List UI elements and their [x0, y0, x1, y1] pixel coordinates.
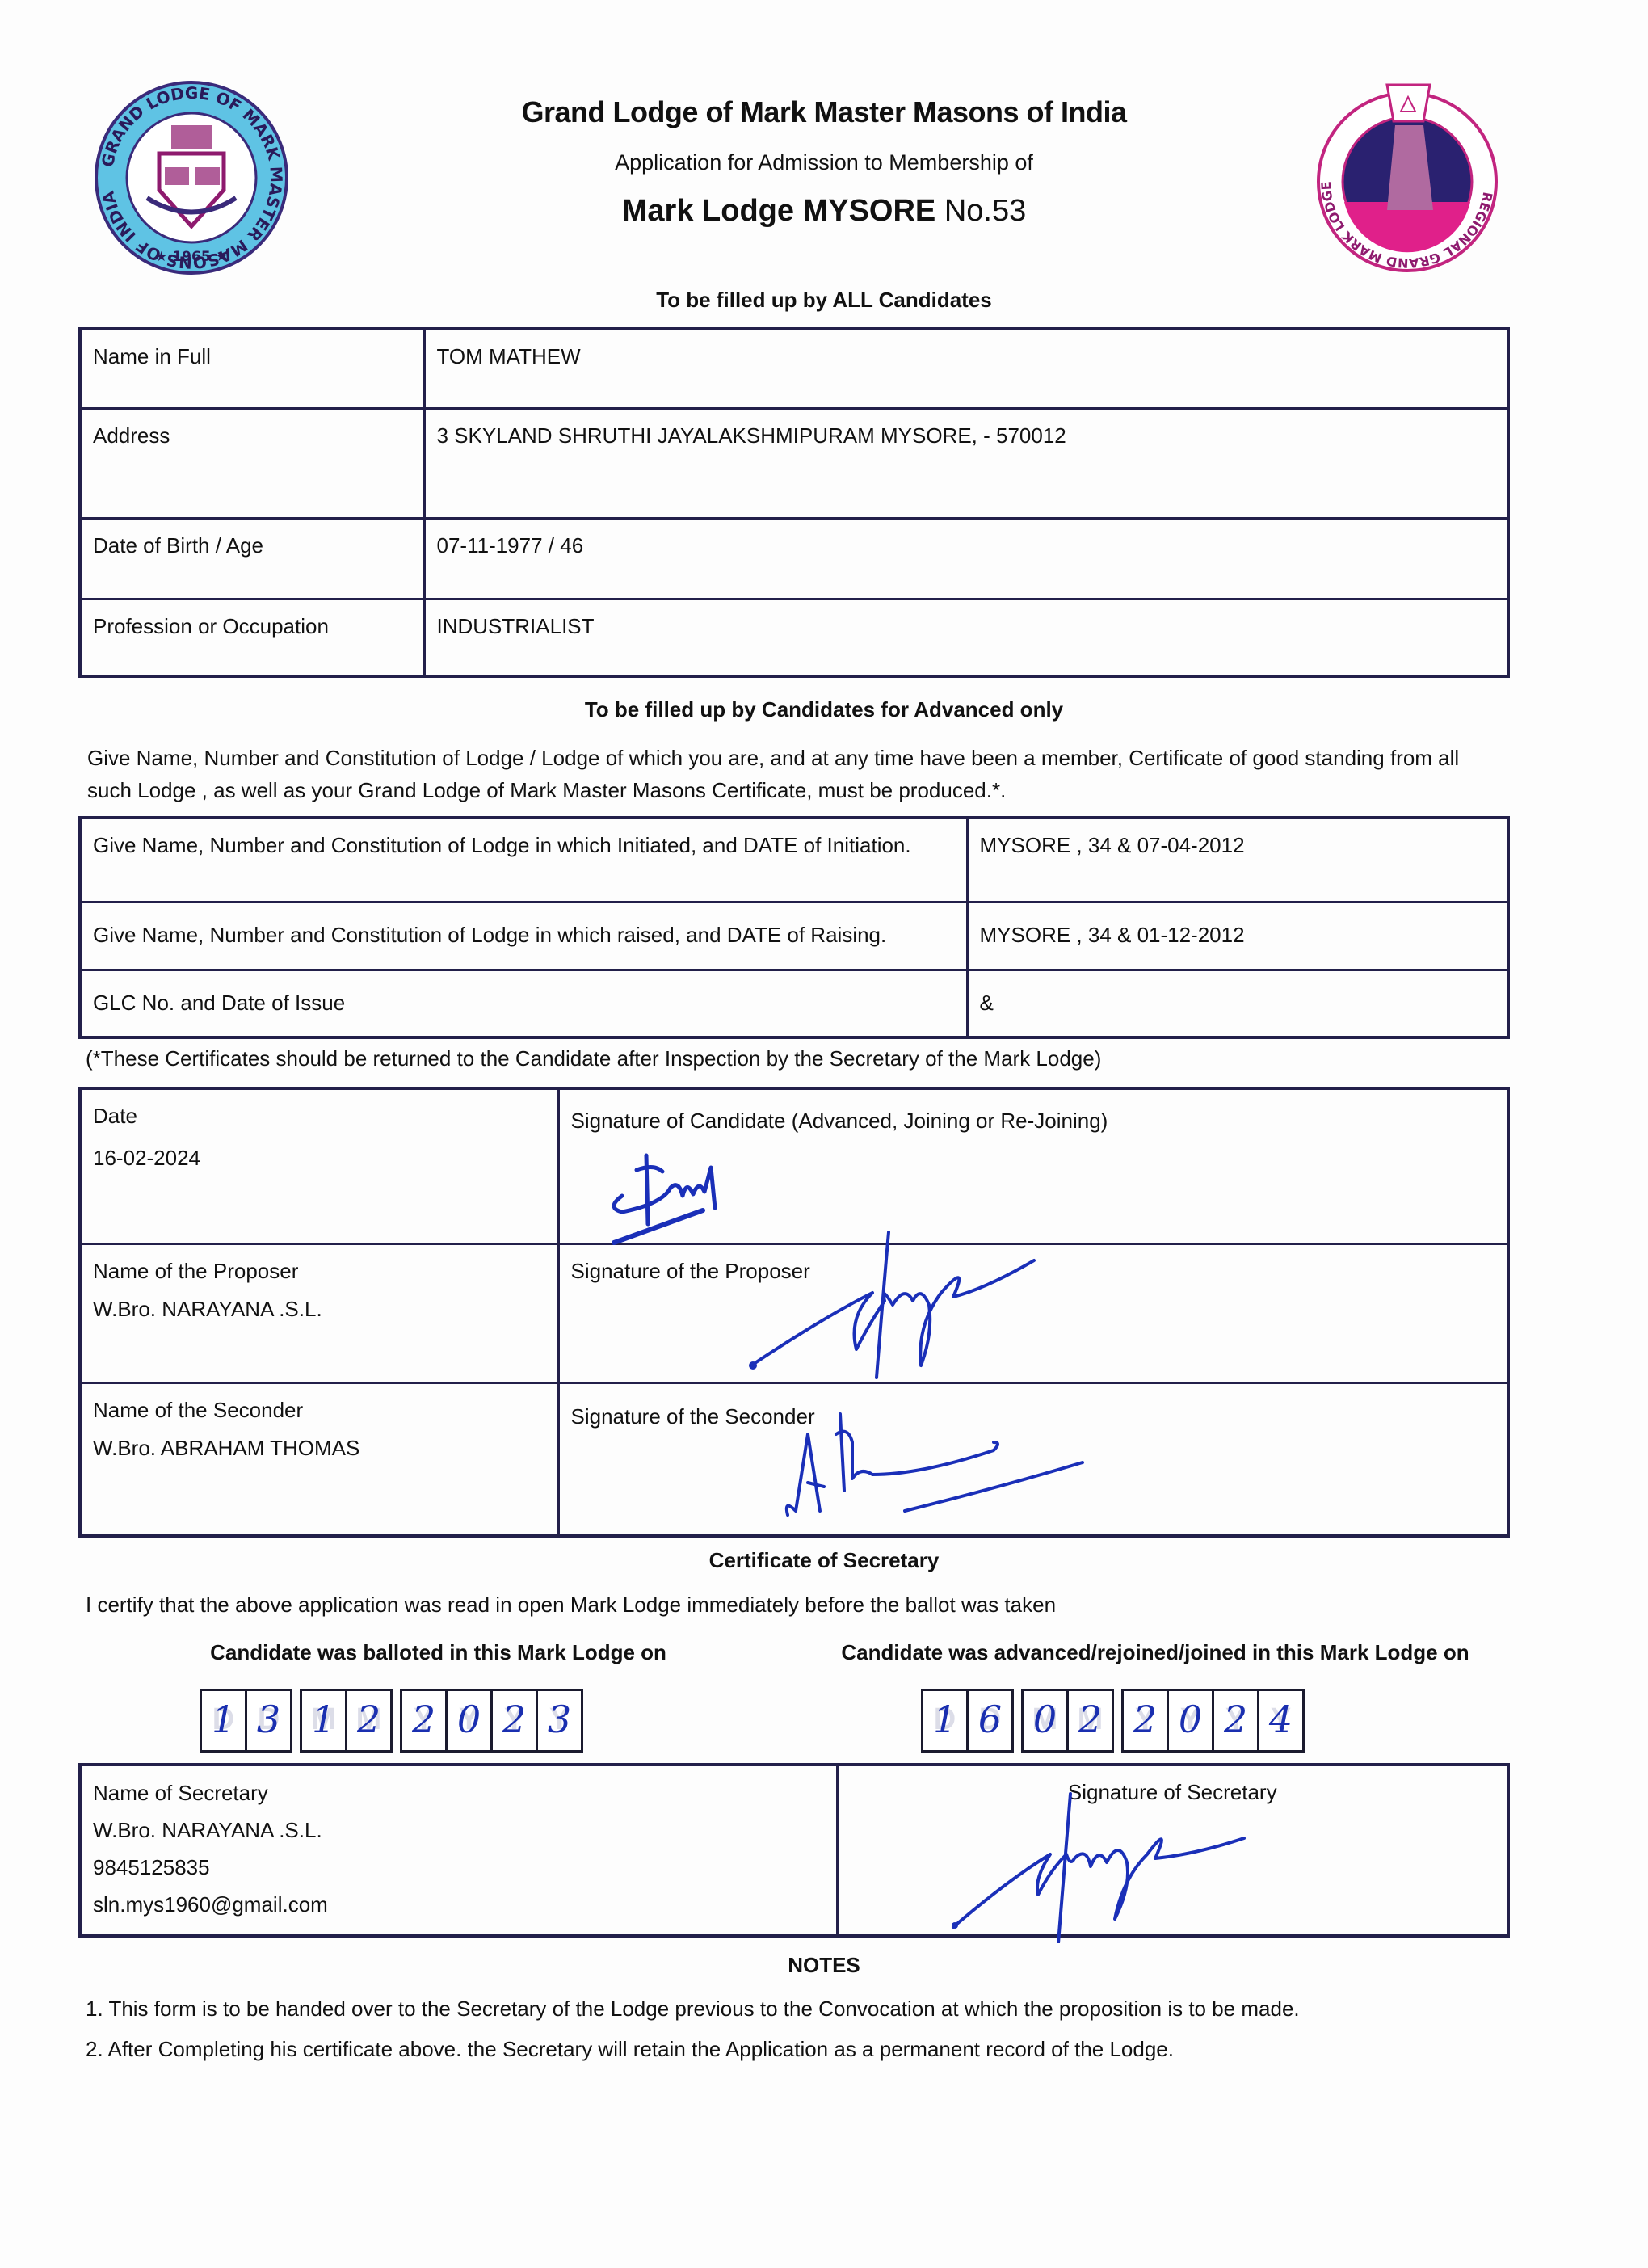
date-digit-box[interactable]: M1 [302, 1691, 347, 1750]
candidate-signature-label: Signature of Candidate (Advanced, Joinin… [571, 1106, 1496, 1137]
date-digit-box[interactable]: Y2 [1124, 1691, 1169, 1750]
date-digit-box[interactable]: Y2 [493, 1691, 538, 1750]
certificates-footnote: (*These Certificates should be returned … [86, 1042, 1101, 1075]
seconder-cell: Name of the Seconder W.Bro. ABRAHAM THOM… [80, 1382, 558, 1536]
date-box-group: M0M2 [1021, 1689, 1114, 1753]
proposer-name[interactable]: W.Bro. NARAYANA .S.L. [93, 1294, 546, 1325]
date-digit: 4 [1259, 1698, 1302, 1741]
section-all-heading: To be filled up by ALL Candidates [0, 288, 1648, 313]
initiation-value[interactable]: MYSORE , 34 & 07-04-2012 [967, 818, 1508, 902]
date-digit-box[interactable]: D1 [923, 1691, 969, 1750]
table-row: Address 3 SKYLAND SHRUTHI JAYALAKSHMIPUR… [80, 408, 1508, 518]
table-row: Profession or Occupation INDUSTRIALIST [80, 599, 1508, 676]
dob-age-value[interactable]: 07-11-1977 / 46 [424, 518, 1508, 599]
secretary-email[interactable]: sln.mys1960@gmail.com [93, 1886, 825, 1923]
candidate-details-table: Name in Full TOM MATHEW Address 3 SKYLAN… [78, 327, 1510, 678]
table-row: Name in Full TOM MATHEW [80, 329, 1508, 408]
secretary-details-cell: Name of Secretary W.Bro. NARAYANA .S.L. … [80, 1765, 837, 1936]
name-value[interactable]: TOM MATHEW [424, 329, 1508, 408]
profession-value[interactable]: INDUSTRIALIST [424, 599, 1508, 676]
seconder-name[interactable]: W.Bro. ABRAHAM THOMAS [93, 1433, 546, 1464]
date-digit: 6 [969, 1698, 1011, 1741]
date-digit: 0 [1024, 1698, 1066, 1741]
date-cell: Date 16-02-2024 [80, 1088, 558, 1243]
date-digit: 3 [247, 1698, 290, 1741]
date-digit: 2 [347, 1698, 390, 1741]
secretary-name-label: Name of Secretary [93, 1774, 825, 1811]
date-digit: 1 [302, 1698, 345, 1741]
certificate-statement: I certify that the above application was… [86, 1588, 1056, 1621]
date-digit: 3 [538, 1698, 581, 1741]
glc-label: GLC No. and Date of Issue [80, 970, 967, 1037]
date-digit: 2 [1124, 1698, 1167, 1741]
date-digit-box[interactable]: Y4 [1259, 1691, 1302, 1750]
date-digit-box[interactable]: D1 [202, 1691, 247, 1750]
date-label: Date [93, 1101, 546, 1132]
date-digit-box[interactable]: Y3 [538, 1691, 581, 1750]
regional-grand-mark-lodge-seal-icon: REGIONAL GRAND MARK LODGE SOUTHERN INDIA [1310, 73, 1504, 275]
initiation-label: Give Name, Number and Constitution of Lo… [80, 818, 967, 902]
date-digit-box[interactable]: M0 [1024, 1691, 1069, 1750]
date-digit-box[interactable]: D3 [247, 1691, 290, 1750]
date-digit-box[interactable]: M2 [347, 1691, 390, 1750]
date-digit: 1 [202, 1698, 245, 1741]
table-row: Give Name, Number and Constitution of Lo… [80, 818, 1508, 902]
raising-value[interactable]: MYSORE , 34 & 01-12-2012 [967, 902, 1508, 970]
date-digit-box[interactable]: Y2 [1214, 1691, 1259, 1750]
note-item-2: 2. After Completing his certificate abov… [86, 2033, 1174, 2065]
table-row: Date 16-02-2024 Signature of Candidate (… [80, 1088, 1508, 1243]
glc-value[interactable]: & [967, 970, 1508, 1037]
date-digit-box[interactable]: Y0 [1169, 1691, 1214, 1750]
secretary-name[interactable]: W.Bro. NARAYANA .S.L. [93, 1811, 825, 1849]
date-digit: 2 [402, 1698, 445, 1741]
date-digit: 2 [1069, 1698, 1112, 1741]
lodge-history-table: Give Name, Number and Constitution of Lo… [78, 816, 1510, 1039]
section-advanced-heading: To be filled up by Candidates for Advanc… [0, 697, 1648, 722]
svg-text:★ 1965 ★: ★ 1965 ★ [155, 249, 228, 265]
date-digit-box[interactable]: D6 [969, 1691, 1011, 1750]
table-row: Give Name, Number and Constitution of Lo… [80, 902, 1508, 970]
date-box-group: D1D3 [200, 1689, 292, 1753]
lodge-number: No.53 [944, 194, 1026, 228]
date-box-group: D1D6 [921, 1689, 1014, 1753]
name-label: Name in Full [80, 329, 424, 408]
date-digit-box[interactable]: M2 [1069, 1691, 1112, 1750]
dob-age-label: Date of Birth / Age [80, 518, 424, 599]
note-item-1: 1. This form is to be handed over to the… [86, 1992, 1300, 2025]
address-label: Address [80, 408, 424, 518]
date-value[interactable]: 16-02-2024 [93, 1143, 546, 1174]
date-digit: 0 [448, 1698, 490, 1741]
date-digit-box[interactable]: Y0 [448, 1691, 493, 1750]
date-box-group: Y2Y0Y2Y3 [400, 1689, 583, 1753]
date-box-group: Y2Y0Y2Y4 [1121, 1689, 1305, 1753]
seconder-label: Name of the Seconder [93, 1395, 546, 1426]
secretary-phone[interactable]: 9845125835 [93, 1849, 825, 1886]
proposer-cell: Name of the Proposer W.Bro. NARAYANA .S.… [80, 1243, 558, 1382]
certificate-heading: Certificate of Secretary [0, 1548, 1648, 1573]
seconder-signature [759, 1410, 1179, 1523]
notes-heading: NOTES [0, 1953, 1648, 1978]
raising-label: Give Name, Number and Constitution of Lo… [80, 902, 967, 970]
table-row: GLC No. and Date of Issue & [80, 970, 1508, 1037]
table-row: Date of Birth / Age 07-11-1977 / 46 [80, 518, 1508, 599]
address-value[interactable]: 3 SKYLAND SHRUTHI JAYALAKSHMIPURAM MYSOR… [424, 408, 1508, 518]
date-digit: 1 [923, 1698, 966, 1741]
secretary-signature [929, 1790, 1349, 1943]
advanced-instruction: Give Name, Number and Constitution of Lo… [87, 742, 1509, 806]
date-digit: 2 [1214, 1698, 1257, 1741]
balloted-label: Candidate was balloted in this Mark Lodg… [202, 1640, 675, 1665]
date-box-group: M1M2 [300, 1689, 393, 1753]
lodge-name-text: Mark Lodge MYSORE [622, 194, 936, 228]
proposer-signature [727, 1228, 1131, 1382]
proposer-label: Name of the Proposer [93, 1256, 546, 1287]
date-digit: 2 [493, 1698, 536, 1741]
date-digit-box[interactable]: Y2 [402, 1691, 448, 1750]
profession-label: Profession or Occupation [80, 599, 424, 676]
advanced-label: Candidate was advanced/rejoined/joined i… [808, 1640, 1503, 1665]
date-digit: 0 [1169, 1698, 1212, 1741]
